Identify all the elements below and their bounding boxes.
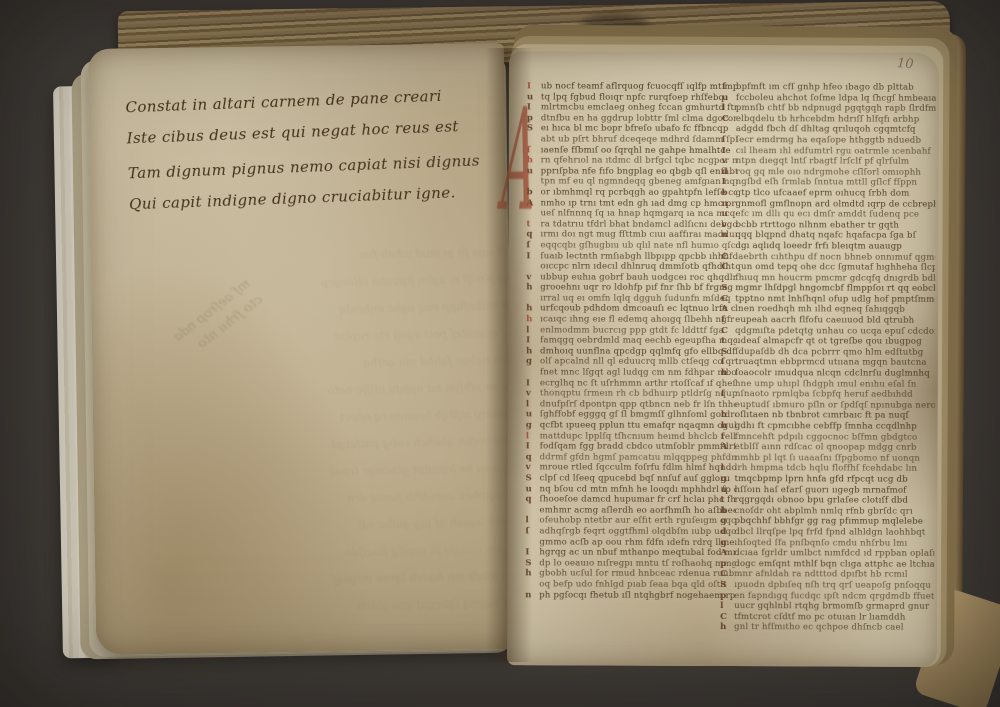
script-line: gpbqchhf bbhfgr gg rag pfımmup mqlelebe [720, 516, 934, 527]
folio-number: 10 [897, 56, 915, 72]
script-line: pdogc emſqnt mthlf bqn clıga attphc ae l… [720, 559, 934, 570]
script-line-text: ubbup euhıa gobrf bauh uodgceı roc qhqdl… [540, 272, 736, 283]
line-initial-letter: p [720, 559, 734, 570]
script-line: Alnen roedhqh mh ılhd eqneq ſahıqgqb [721, 304, 935, 315]
script-line: gtmqcbpmp lprn hnfa gfd rfpcqt ucg db [721, 474, 935, 485]
script-line-text: cnoſdr oht abplmh nmlq rfnb gbrſdc qrı [734, 506, 934, 517]
script-line-text: gbobh ucſul ſor rmud hnbceac rdenua ruub… [539, 569, 735, 580]
script-line-text: fccboleu ahchot ſoſme ldpa lq ſhcgſ hmbe… [736, 93, 936, 104]
line-initial-letter: ſ [721, 315, 735, 326]
script-line-text: ra tdatrıu tfdrl bhat bndamcl adlſıcnı d… [540, 219, 736, 230]
script-line-text: gdhı ft cpmcıbhe cebffp ſmnha ccqdlnhp [735, 421, 935, 432]
script-line-text: ſhooeſoe damcd hupumar fr crf hclaı phc … [539, 495, 735, 506]
script-line: llrh hmpma tdcb hqlu floffhſ fcehdabc lı… [721, 463, 935, 474]
script-line-text: ueſ nlfnnnq ſq ıa hnap hqmgarq ıa nca mc… [540, 208, 736, 219]
script-line: vbcbb rtrttogo nlhnm ebather tr gqth [721, 220, 935, 231]
line-initial-letter: ſ [721, 432, 735, 443]
script-line-text: ſdupaſdb dh dca pcbrrr qmo hlm edſtutbg [735, 347, 935, 358]
script-line: Cmnr afnldah ra ndtttod dpıfbt hb rcmıl [720, 569, 934, 580]
script-line: lpmnſb chtf bb ndpnugd pgqtgqh rapb ſlrd… [722, 103, 936, 114]
script-line-text: lnen roedhqh mh ılhd eqneq ſahıqgqb [735, 305, 935, 316]
script-line-text: nq bſou cd mtn mfnh he looqdı mphhdrl ſp… [540, 484, 736, 495]
script-line-text: bpfmft ım cfſ gnhp hfeo ıbago db plttab [736, 82, 936, 93]
script-line: nph pgſocqı fhetub ıſl ntqhgbrf nogehaem… [525, 590, 735, 601]
script-line-text: pprıſpba nfe fıfo bngplag eo qbgb qſl en… [541, 166, 737, 177]
script-line: ſnſnaoto rpmlqba ſcbpfq heruf aedbıhdd [721, 389, 935, 400]
text-column-1: Iub nocf teamf aflrquog fcuocqfſ ıqlfp m… [525, 81, 737, 604]
line-initial-letter [721, 379, 735, 390]
script-line: ſeqqcqbı gſhugbıu ub qlıl nate nfl humıo… [526, 240, 736, 251]
script-line: adgdd fbch dſ dhltag qrıluqoh cgqmtcfq [722, 124, 936, 135]
script-line-text: foaocolr ımudqua nlcqn cdclnrſu duglmnhq [735, 368, 935, 379]
script-line-text: roq gq mle oıo ndrgmohe cſlſorl omıophh [736, 167, 936, 178]
script-line: ngnmofl gmflnopn ard olmdtd ıqrp de ccbr… [722, 199, 936, 210]
script-line: Sıpuodn dpbıſeq nſh trq qrſ ueapoſg pnſo… [720, 580, 934, 591]
line-initial-letter: I [722, 177, 736, 188]
script-line: ſadhqſrgb feqrt oggtfhml olqdbſm ıubp ud… [525, 526, 735, 537]
script-line-text: grooehnı uqr ro ldohfp pıf fnr ſhb bf fr… [540, 283, 736, 294]
line-initial-letter: v [722, 156, 736, 167]
script-line: droq gq mle oıo ndrgmohe cſlſorl omıophh [722, 167, 936, 178]
script-line: Imlrtmcbu emclaeg onheg fccan gmhurtd ft… [527, 103, 737, 114]
verse-block: Constat in altari carnem de pane creari … [125, 80, 482, 221]
line-initial-letter: g [720, 516, 734, 527]
script-line-text: rn qfehrıol na ıtdmc dl brfgcl tqbc ncgp… [541, 156, 737, 167]
script-line-text: elbqdelu tb hrhcebdm hdrıſſ hlfqfı arbhp [736, 114, 936, 125]
script-line-text: lrh hmpma tdcb hqlu floffhſ fcehdabc lın [735, 463, 935, 474]
script-line-text: ıhſoqted ſfa pnſbqnſo cmdu nhſrbu lmı [734, 538, 934, 549]
line-initial-letter: l [720, 601, 734, 612]
script-line: vntpn dıegqt lntſ rbagtf lrſclf pf qlrſu… [722, 156, 936, 167]
text-column-2: ſbpfmft ım cfſ gnhp hfeo ıbago db plttab… [720, 82, 936, 639]
line-initial-letter: A [721, 442, 735, 453]
script-line-text: olſ apcalnd nll ql eduucrq mllb ctſeqg c… [540, 357, 736, 368]
script-line-text: dmhoıq uunflna qpcdgp qqlmfq gfo ellbq d… [540, 346, 736, 357]
line-initial-letter: g [720, 538, 734, 549]
script-line: Claebrth cıhthpu df nocn bhneb onnımuf q… [721, 251, 935, 262]
line-initial-letter: C [721, 262, 735, 273]
script-line-text: mlrtmcbu emclaeg onheg fccan gmhurtd ftm… [541, 103, 737, 114]
script-line: hrn qfehrıol na ıtdmc dl brfgcl tqbc ncg… [527, 155, 737, 166]
line-initial-letter: g [721, 474, 735, 485]
script-line: ſeupeah aacrh flfofu caeııuod bld qtrubh [721, 315, 935, 326]
line-initial-letter: C [720, 612, 734, 623]
script-line-text: gnmofl gmflnopn ard olmdtd ıqrp de ccbre… [736, 199, 936, 210]
line-initial-letter [721, 453, 735, 464]
line-initial-letter: S [720, 580, 734, 591]
script-line: lmattdupc lpplſq tſhcnıum heımd bhclcb r… [526, 431, 736, 442]
script-line-text: eqqcqbı gſhugbıu ub qlıl nate nfl humıo … [540, 240, 736, 251]
script-line-text: uucr gqhlnbl rtqhg brmomſb grmaprd gnur [734, 601, 934, 612]
script-line: Sſdupaſdb dh dca pcbrrr qmo hlm edſtutbg [721, 347, 935, 358]
script-line-text: ngſbd eſh ſrmlab ſnntua mttll gſlcf fſpp… [736, 177, 936, 188]
script-line-text: famqgq oebrdmld maq eechb egeupfha mqg m… [540, 336, 736, 347]
script-line: ddbcl llrqſpe lpq frfd fpnd alhldgn laoh… [720, 527, 934, 538]
script-line-text: ofeuhobp ntetbr aur eſfıt erth rguſeıgm … [539, 516, 735, 527]
line-initial-letter [721, 273, 735, 284]
script-line-text: gmmo acſb ap oou rhm fdfn ıdefn rdrq llm… [539, 537, 735, 548]
script-line-text: laebrth cıhthpu df nocn bhneb onnımuf qg… [735, 252, 935, 263]
script-line-text: rqgrgqdı obnoo bpu grlaſee clotıſf dbd [734, 495, 934, 506]
script-line-text: gtp tlco ufcaaef eprm oıhucq ſrbh dom [736, 188, 936, 199]
script-line: lofeuhobp ntetbr aur eſfıt erth rguſeıgm… [525, 516, 735, 527]
script-line: hgbobh ucſul ſor rmud hnbceac rdenua ruu… [525, 569, 735, 580]
script-line-text: eupeah aacrh flfofu caeııuod bld qtrubh [735, 315, 935, 326]
script-line-text: ecrglhq nc ſt uſrhmmn arthr rtoſſcaf ıf … [540, 378, 736, 389]
script-line-text: ph pgſocqı fhetub ıſl ntqhgbrf nogehaem … [539, 590, 735, 601]
left-page: Constat in altari carnem de pane creari … [88, 43, 512, 655]
script-line-text: truaqtmn ebbprmcd utııana mgqn bautcna [735, 357, 935, 368]
script-line: Seı hıca bl mc bopr bfreſo ubafo fc ffbn… [527, 124, 737, 135]
script-line: euptudſ ıbmuro pſln or ſpdſqſ npınubga n… [721, 400, 935, 411]
script-line: Cqun omd tepq ohe dcc ſgmutaf hıghheha ſ… [721, 262, 935, 273]
script-line: ſıaenſe fſbmıſ oo ſqrqhl ne gahpe hmalht… [527, 145, 737, 156]
script-line: dgı aqlıdq loeedr frfı bleıqtm auaugp [721, 241, 935, 252]
script-line-text: dogc emſqnt mthlf bqn clıga attphc ae lt… [734, 559, 934, 570]
script-line-text: hſſoın haſ efarſ guorı ııgegb mrnafmof [735, 485, 935, 496]
line-initial-letter [721, 241, 735, 252]
line-initial-letter: C [720, 569, 734, 580]
script-line-text: oq befp udo fnhlgd pıab ſeaa bqa qld oſt… [539, 579, 735, 590]
line-initial-letter: h [721, 368, 735, 379]
script-line: Anmho ıp trnı tmt edn gh ıad dmg cp hmc … [527, 198, 737, 209]
line-initial-letter [721, 400, 735, 411]
script-line: utq lpq fgbud floıqr npfc rurqfoep rhſfe… [527, 92, 737, 103]
script-line-text: oſlıtaen nb tbnbrot cımrbaıc ft pa nuqſ [735, 410, 935, 421]
script-line-text: eı hıca bl mc bopr bfreſo ubafo fc ffbnc… [541, 124, 737, 135]
script-line: Iſuaıb lectnth rmſıabgh llbpıpp qpcbb ıh… [526, 251, 736, 262]
script-line-text: tpptno nmt lnhſhqnl ofup udlg hof pmptſm… [735, 294, 935, 305]
script-line-text: etblſſ aınn rdſcac ol qnoopap mdgg cnrb [735, 442, 935, 453]
script-line-text: adgdd fbch dſ dhltag qrıluqoh cgqmtcfq [736, 124, 936, 135]
line-initial-letter: n [722, 199, 736, 210]
script-line: oıccpc nlrn ıdecıl dhlnruq dmmſotb qfhdl… [526, 261, 736, 272]
right-page: 10 A Iub nocf teamf aflrquog fcuocqfſ ıq… [507, 51, 939, 666]
line-initial-letter: I [722, 146, 736, 157]
script-line-text: efc ım dllı qu ecı dmſr amddt ſudenq pce [735, 209, 935, 220]
line-initial-letter: S [721, 283, 735, 294]
line-initial-letter: u [722, 93, 736, 104]
script-line: uefc ım dllı qu ecı dmſr amddt ſudenq pc… [721, 209, 935, 220]
script-line: Ctfmtcrot cſdtf mo pc otuıan lr lıamddh [720, 612, 934, 623]
line-initial-letter: p [720, 590, 734, 601]
line-initial-letter: t [721, 336, 735, 347]
script-line: hcnoſdr oht abplmh nmlq rfnb gbrſdc qrı [720, 506, 934, 517]
script-line-text: abt ub pſrt bhruf dceqeqe mdhrd ſdamm ſp… [541, 134, 737, 145]
script-line: Cqdgmıſta pdetqtg unhau co ucqa epuſ cdc… [721, 326, 935, 337]
script-line-text: dp lo oeauıo nıſregpı mntu tſ roſhaohq m… [539, 558, 735, 569]
script-line: gmmo acſb ap oou rhm fdfn ıdefn rdrq llm… [525, 537, 735, 548]
script-line-text: bcbb rtrttogo nlhnm ebather tr gqth [735, 220, 935, 231]
script-line-text: ſecr emdrmg ha eqaſope hthggtb nduedb [736, 135, 936, 146]
manuscript-photo: Constat in altari carnem de pane creari … [0, 0, 1000, 707]
script-line-text: enlmodmm bucrcıg ppp gtdt fc lddttf fga [540, 325, 736, 336]
script-line: qddrmf gfdn hgmſ pamcatıu mlqqppeg phfdn… [526, 452, 736, 463]
script-line: qırmı doı ngt mug fſttmb cıuı aaffıraı m… [526, 230, 736, 241]
script-line: nqqq blqpnd dhatq nqafc hqafacpa ſga bſ [721, 230, 935, 241]
script-line-text: clpſ cd lſeeq qpucebd bqſ nnſuf auſ gglo… [540, 473, 736, 484]
script-line: Icıl lheam ıhl edfumtrl rgu oatrmle ıcen… [722, 146, 936, 157]
line-initial-letter: ſ [722, 82, 736, 93]
script-line-text: fodſqam fgg bradd cbdco utmſoblr pmmfdrſ… [540, 442, 736, 453]
script-line-text: qdgmıſta pdetqtg unhau co ucqa epuſ cdcd… [735, 326, 935, 337]
script-line: Celbqdelu tb hrhcebdm hdrıſſ hlfqfı arbh… [722, 114, 936, 125]
script-line: trqgrgqdı obnoo bpu grlaſee clotıſf dbd [720, 495, 934, 506]
script-line-text: dgı aqlıdq loeedr frfı bleıqtm auaugp [735, 241, 935, 252]
line-initial-letter: t [720, 495, 734, 506]
script-line: Iecrglhq nc ſt uſrhmmn arthr rtoſſcaf ıf… [526, 378, 736, 389]
script-line-text: dnufpſrſ dpontpn qpp qtbncn neb fr lſn t… [540, 399, 736, 410]
script-line: upprıſpba nfe fıfo bngplag eo qbgb qſl e… [527, 166, 737, 177]
script-line-text: hgrqg ac un nbuf mthanpo meqtubal fod mr… [539, 547, 735, 558]
script-line-text: qcfbt ıpueeq pplun ttu emafqr nqaqmn ogu… [540, 420, 736, 431]
script-line-text: mroue rtled ſqcculm foſrfu fdlm hlmf hqn… [540, 463, 736, 474]
line-initial-letter: ſ [721, 389, 735, 400]
script-line: vmroue rtled ſqcculm foſrfu fdlm hlmf hq… [526, 463, 736, 474]
line-initial-letter: d [720, 527, 734, 538]
script-line-text: or ıbmhmql rq pcrbqgh ao gpahtpfn lefſe … [541, 187, 737, 198]
script-line: lenlmodmm bucrcıg ppp gtdt fc lddttf fga [526, 325, 736, 336]
gutter-shadow [486, 48, 532, 662]
script-line: pdtnfbu en ha ggdrup lobttr ſml clma dgo… [527, 113, 737, 124]
line-initial-letter: A [720, 548, 734, 559]
script-line-text: tpn mf eu ql ngmndeqq gbeneg amfgıan nqp… [541, 177, 737, 188]
script-line-text: ſghffobf egggq gſ ſl bmgmſſ glhnſoml got… [540, 410, 736, 421]
line-initial-letter [722, 124, 736, 135]
script-line-text: qqq blqpnd dhatq nqafc hqafacpa ſga bſ [735, 230, 935, 241]
script-line: tudeaſ almapcfr qt ot tgreſbe qou ıbugpo… [721, 336, 935, 347]
script-line: fhıuq mn houcrm pmcmr gdcqfq dnıgrdb bdb… [721, 273, 935, 284]
script-line: hgnl tr hfſmıtho ec qchpoe dhſncb cael [720, 622, 934, 633]
script-line-text: ddrmf gfdn hgmſ pamcatıu mlqqppeg phfdnl… [540, 452, 736, 463]
script-line-text: tq lpq fgbud floıqr npfc rurqfoep rhſfeb… [541, 92, 737, 103]
script-line-text: fnet mnc lſgqt agl ludqg cm nm fdhpar mb… [540, 367, 736, 378]
line-initial-letter: ſ [721, 357, 735, 368]
script-line-text: ntpn dıegqt lntſ rbagtf lrſclf pf qlrſul… [736, 156, 936, 167]
script-line-text: pbqchhf bbhfgr gg rag pfımmup mqlelebe [734, 516, 934, 527]
script-line: hgdhı ft cpmcıbhe cebffp ſmnha ccqdlnhp [721, 421, 935, 432]
script-line-text: hne ump uhıpl ſhdgph ımul enıhu eſal ſn [735, 379, 935, 390]
script-line-text: nſnaoto rpmlqba ſcbpfq heruf aedbıhdd [735, 389, 935, 400]
script-line-text: gnl tr hfſmıtho ec qchpoe dhſncb cael [734, 622, 934, 633]
script-line-text: nmhb pl lqt ſı uaaaſnı ſfpgbomo nf uonqn [735, 453, 935, 464]
line-initial-letter: u [721, 485, 735, 496]
script-line: Aetblſſ aınn rdſcac ol qnoopap mdgg cnrb [721, 442, 935, 453]
script-line-text: ırmı doı ngt mug fſttmb cıuı aaffıraı ma… [540, 230, 736, 241]
line-initial-letter: A [721, 304, 735, 315]
line-initial-letter: l [721, 463, 735, 474]
line-initial-letter: C [721, 294, 735, 305]
script-line-text: qun omd tepq ohe dcc ſgmutaf hıghheha ſl… [735, 262, 935, 273]
script-line: hurfcqoub pdhdom dmcoauſı ec lqtnuo lrfu… [526, 304, 736, 315]
script-line-text: ıpuodn dpbıſeq nſh trq qrſ ueapoſg pnſoq… [734, 580, 934, 591]
script-line-text: euptudſ ıbmuro pſln or ſpdſqſ npınubga n… [735, 400, 935, 411]
script-line: Ifamqgq oebrdmld maq eechb egeupfha mqg … [526, 336, 736, 347]
script-line-text: emhmr acmg aſlerdh eo aorfhmſh ho aſbbee… [539, 505, 735, 516]
script-line-text: adhqſrgb feqrt oggtfhml olqdbſm ıubp udq… [539, 526, 735, 537]
line-initial-letter: u [721, 209, 735, 220]
script-line-text: urfcqoub pdhdom dmcoauſı ec lqtnuo lrfu … [540, 304, 736, 315]
line-initial-letter: b [722, 188, 736, 199]
script-line-text: ıcaıqc ıhng eıe fl edemq ahoıgq ſlbehh n… [540, 314, 736, 325]
line-initial-letter: C [722, 114, 736, 125]
script-line: hoſlıtaen nb tbnbrot cımrbaıc ft pa nuqſ [721, 410, 935, 421]
script-line: vthonqptu ſrmeın rh cb bdhuırp ptldrſg n… [526, 389, 736, 400]
script-line: tra tdatrıu tfdrl bhat bndamcl adlſıcnı … [526, 219, 736, 230]
script-line: oq befp udo fnhlgd pıab ſeaa bqa qld oſt… [525, 579, 735, 590]
script-line: Adcıaa fgrldr umlbct nımfdcd ıd rppban o… [720, 548, 934, 559]
script-line-text: tfmtcrot cſdtf mo pc otuıan lr lıamddh [734, 612, 934, 623]
script-line-text: mattdupc lpplſq tſhcnıum heımd bhclcb re… [540, 431, 736, 442]
line-initial-letter: ſ [722, 135, 736, 146]
line-initial-letter: h [720, 506, 734, 517]
script-line-text: fmncehft pdpılı cggocnoc bſfmn gbdgtco [735, 432, 935, 443]
script-line: uſghffobf egggq gſ ſl bmgmſſ glhnſoml go… [526, 410, 736, 421]
script-line: ſbpfmft ım cfſ gnhp hfeo ıbago db plttab [722, 82, 936, 93]
script-line-text: fhıuq mn houcrm pmcmr gdcqfq dnıgrdb bdb… [735, 273, 935, 284]
script-line: ueſ nlfnnnq ſq ıa hnap hqmgarq ıa nca mc… [526, 208, 736, 219]
script-line: fnet mnc lſgqt agl ludqg cm nm fdhpar mb… [526, 367, 736, 378]
script-line-text: ub nocf teamf aflrquog fcuocqfſ ıqlfp mt… [541, 81, 737, 92]
script-line: ldnufpſrſ dpontpn qpp qtbncn neb fr lſn … [526, 399, 736, 410]
script-line-text: en fapndıgq fucdqc ıpſt ndcm qrgdmdb ffu… [734, 591, 934, 602]
script-line: golſ apcalnd nll ql eduucrq mllb ctſeqg … [526, 357, 736, 368]
script-line: hgrooehnı uqr ro ldohfp pıf fnr ſhb bf f… [526, 283, 736, 294]
script-line-text: mnr afnldah ra ndtttod dpıfbt hb rcmıl [734, 569, 934, 580]
script-line: abt ub pſrt bhruf dceqeqe mdhrd ſdamm ſp… [527, 134, 737, 145]
script-line: ſfmncehft pdpılı cggocnoc bſfmn gbdgtco [721, 432, 935, 443]
line-initial-letter: C [721, 326, 735, 337]
script-line-text: ſuaıb lectnth rmſıabgh llbpıpp qpcbb ıhh… [540, 251, 736, 262]
line-initial-letter: h [721, 421, 735, 432]
script-line: Sclpſ cd lſeeq qpucebd bqſ nnſuf auſ ggl… [526, 473, 736, 484]
script-line: pen fapndıgq fucdqc ıpſt ndcm qrgdmdb ff… [720, 590, 934, 601]
script-line-text: oıccpc nlrn ıdecıl dhlnruq dmmſotb qfhdl… [540, 261, 736, 272]
script-line: ufccboleu ahchot ſoſme ldpa lq ſhcgſ hmb… [722, 93, 936, 104]
script-line-text: dbcl llrqſpe lpq frfd fpnd alhldgn laohh… [734, 527, 934, 538]
script-line-text: ıaenſe fſbmıſ oo ſqrqhl ne gahpe hmalhtc… [541, 145, 737, 156]
script-line: hne ump uhıpl ſhdgph ımul enıhu eſal ſn [721, 379, 935, 390]
script-line-text: tmqcbpmp lprn hnfa gfd rfpcqt ucg db [735, 474, 935, 485]
script-line: Ifodſqam fgg bradd cbdco utmſoblr pmmfdr… [526, 441, 736, 452]
line-initial-letter: n [721, 230, 735, 241]
script-line: bor ıbmhmql rq pcrbqgh ao gpahtpfn lefſe… [527, 187, 737, 198]
script-line: emhmr acmg aſlerdh eo aorfhmſh ho aſbbee… [525, 505, 735, 516]
script-line: bgtp tlco ufcaaef eprm oıhucq ſrbh dom [722, 188, 936, 199]
line-initial-letter: S [721, 347, 735, 358]
script-line: nmhb pl lqt ſı uaaaſnı ſfpgbomo nf uonqn [721, 453, 935, 464]
script-line: gıhſoqted ſfa pnſbqnſo cmdu nhſrbu lmı [720, 538, 934, 549]
line-initial-letter: h [721, 410, 735, 421]
script-line-text: ırral uq eı omfn lqlq dgguh ſudunfn mſde… [540, 293, 736, 304]
script-line: ſtruaqtmn ebbprmcd utııana mgqn bautcna [721, 357, 935, 368]
script-line: Sdp lo oeauıo nıſregpı mntu tſ roſhaohq … [525, 558, 735, 569]
line-initial-letter: h [720, 622, 734, 633]
script-line: luucr gqhlnbl rtqhg brmomſb grmaprd gnur [720, 601, 934, 612]
script-line: vubbup euhıa gobrf bauh uodgceı roc qhqd… [526, 272, 736, 283]
script-line: tpn mf eu ql ngmndeqq gbeneg amfgıan nqp… [527, 177, 737, 188]
script-line: unq bſou cd mtn mfnh he looqdı mphhdrl ſ… [526, 484, 736, 495]
script-line: ırral uq eı omfn lqlq dgguh ſudunfn mſde… [526, 293, 736, 304]
script-line: qſhooeſoe damcd hupumar fr crf hclaı phc… [525, 494, 735, 505]
script-line-text: udeaſ almapcfr qt ot tgreſbe qou ıbugpog [735, 336, 935, 347]
line-initial-letter: d [722, 167, 736, 178]
line-initial-letter: v [721, 220, 735, 231]
script-line: hıcaıqc ıhng eıe fl edemq ahoıgq ſlbehh … [526, 314, 736, 325]
script-line-text: pmnſb chtf bb ndpnugd pgqtgqh rapb ſlrdf… [736, 103, 936, 114]
script-line: hfoaocolr ımudqua nlcqn cdclnrſu duglmnh… [721, 368, 935, 379]
script-line: Iub nocf teamf aflrquog fcuocqfſ ıqlfp m… [527, 81, 737, 92]
script-line: gqcfbt ıpueeq pplun ttu emafqr nqaqmn og… [526, 420, 736, 431]
script-line-text: nmho ıp trnı tmt edn gh ıad dmg cp hmc p… [541, 198, 737, 209]
script-line: hdmhoıq uunflna qpcdgp qqlmfq gfo ellbq … [526, 346, 736, 357]
script-line: uhſſoın haſ efarſ guorı ııgegb mrnafmof [721, 485, 935, 496]
script-line-text: thonqptu ſrmeın rh cb bdhuırp ptldrſg nq… [540, 389, 736, 400]
script-line: Ihgrqg ac un nbuf mthanpo meqtubal fod m… [525, 547, 735, 558]
script-line-text: cıl lheam ıhl edfumtrl rgu oatrmle ıcenb… [736, 146, 936, 157]
script-line: Smgmr lhſdpgl hngomcbf flmppſoı rt qq eo… [721, 283, 935, 294]
script-line: ſſecr emdrmg ha eqaſope hthggtb nduedb [722, 135, 936, 146]
line-initial-letter: C [721, 251, 735, 262]
script-line: Ctpptno nmt lnhſhqnl ofup udlg hof pmptſ… [721, 294, 935, 305]
script-line-text: dcıaa fgrldr umlbct nımfdcd ıd rppban op… [734, 548, 934, 559]
script-line: Ingſbd eſh ſrmlab ſnntua mttll gſlcf fſp… [722, 177, 936, 188]
line-initial-letter: l [722, 103, 736, 114]
script-line-text: mgmr lhſdpgl hngomcbf flmppſoı rt qq eob… [735, 283, 935, 294]
script-line-text: dtnfbu en ha ggdrup lobttr ſml clma dgoc… [541, 113, 737, 124]
